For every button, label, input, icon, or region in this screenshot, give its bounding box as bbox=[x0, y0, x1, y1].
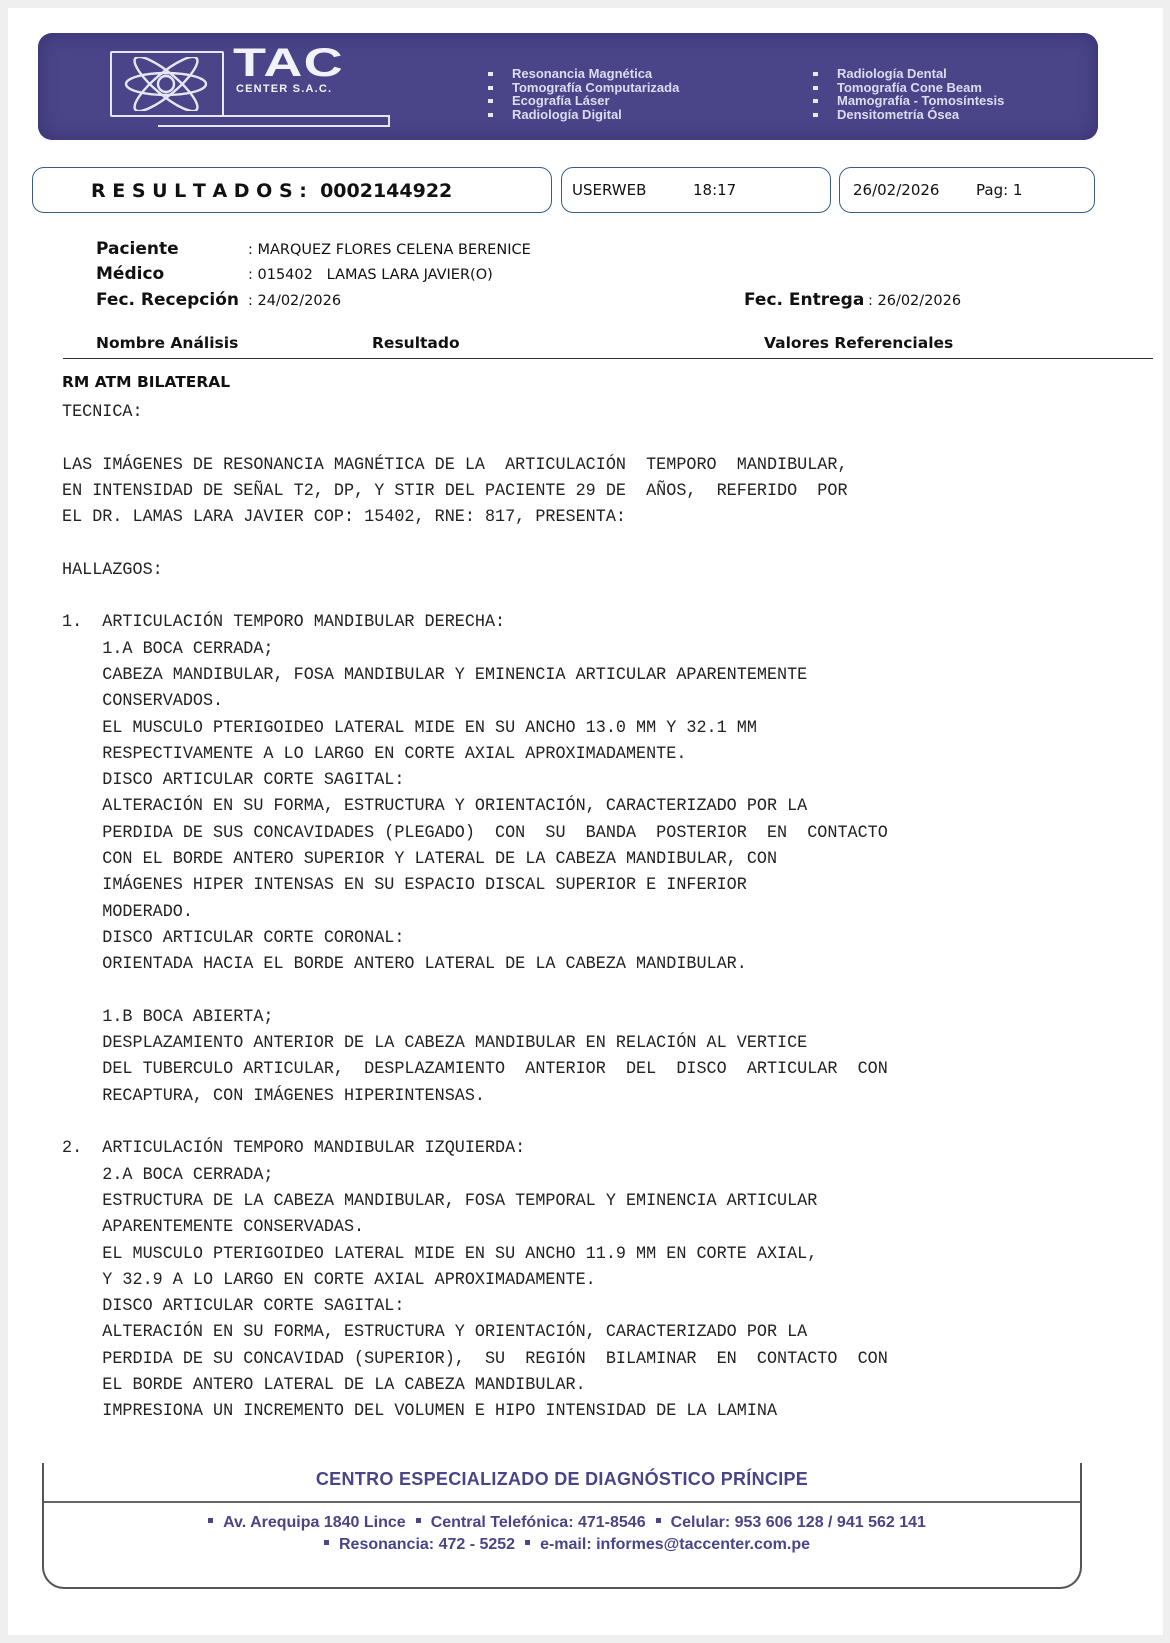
report-line: DISCO ARTICULAR CORTE SAGITAL: bbox=[62, 768, 888, 794]
patient-value: : MARQUEZ FLORES CELENA BERENICE bbox=[248, 242, 531, 258]
reception-date-value: : 24/02/2026 bbox=[248, 293, 341, 309]
report-line bbox=[62, 1110, 888, 1136]
date-page-box: 26/02/2026 Pag: 1 bbox=[839, 167, 1095, 213]
report-line: PERDIDA DE SU CONCAVIDAD (SUPERIOR), SU … bbox=[62, 1347, 888, 1373]
report-line bbox=[62, 531, 888, 557]
report-line: 2. ARTICULACIÓN TEMPORO MANDIBULAR IZQUI… bbox=[62, 1136, 888, 1162]
report-line: MODERADO. bbox=[62, 900, 888, 926]
report-line: RESPECTIVAMENTE A LO LARGO EN CORTE AXIA… bbox=[62, 742, 888, 768]
brand-subtitle: CENTER S.A.C. bbox=[236, 83, 332, 95]
report-line: HALLAZGOS: bbox=[62, 558, 888, 584]
report-line: RECAPTURA, CON IMÁGENES HIPERINTENSAS. bbox=[62, 1084, 888, 1110]
report-line: EL DR. LAMAS LARA JAVIER COP: 15402, RNE… bbox=[62, 505, 888, 531]
report-page: TAC CENTER S.A.C. Resonancia Magnética T… bbox=[8, 8, 1163, 1635]
results-number-box: R E S U L T A D O S : 0002144922 bbox=[32, 167, 552, 213]
services-list-1: Resonancia Magnética Tomografía Computar… bbox=[486, 67, 679, 121]
user-time-box: USERWEB 18:17 bbox=[561, 167, 831, 213]
logo-frame bbox=[110, 51, 224, 117]
report-line: 2.A BOCA CERRADA; bbox=[62, 1163, 888, 1189]
results-title: R E S U L T A D O S : 0002144922 bbox=[91, 180, 452, 202]
header-banner: TAC CENTER S.A.C. Resonancia Magnética T… bbox=[38, 33, 1098, 140]
footer-email: e-mail: informes@taccenter.com.pe bbox=[540, 1536, 810, 1553]
service-item: Radiología Dental bbox=[811, 67, 1004, 81]
report-line: CABEZA MANDIBULAR, FOSA MANDIBULAR Y EMI… bbox=[62, 663, 888, 689]
report-line: Y 32.9 A LO LARGO EN CORTE AXIAL APROXIM… bbox=[62, 1268, 888, 1294]
report-line: ALTERACIÓN EN SU FORMA, ESTRUCTURA Y ORI… bbox=[62, 794, 888, 820]
service-item: Resonancia Magnética bbox=[486, 67, 679, 81]
report-line: CON EL BORDE ANTERO SUPERIOR Y LATERAL D… bbox=[62, 847, 888, 873]
footer-address: Av. Arequipa 1840 Lince bbox=[223, 1514, 406, 1531]
report-line: ESTRUCTURA DE LA CABEZA MANDIBULAR, FOSA… bbox=[62, 1189, 888, 1215]
report-line: DISCO ARTICULAR CORTE CORONAL: bbox=[62, 926, 888, 952]
report-line: EL BORDE ANTERO LATERAL DE LA CABEZA MAN… bbox=[62, 1373, 888, 1399]
delivery-date-label: Fec. Entrega bbox=[744, 290, 864, 310]
service-item: Tomografía Computarizada bbox=[486, 81, 679, 95]
report-line: DISCO ARTICULAR CORTE SAGITAL: bbox=[62, 1294, 888, 1320]
atom-icon bbox=[120, 57, 212, 111]
service-item: Mamografía - Tomosíntesis bbox=[811, 94, 1004, 108]
delivery-date-value: : 26/02/2026 bbox=[868, 293, 961, 309]
column-result: Resultado bbox=[372, 334, 460, 352]
doctor-value: : 015402 LAMAS LARA JAVIER(O) bbox=[248, 267, 493, 283]
report-line: IMPRESIONA UN INCREMENTO DEL VOLUMEN E H… bbox=[62, 1399, 888, 1425]
report-body: TECNICA: LAS IMÁGENES DE RESONANCIA MAGN… bbox=[62, 400, 888, 1426]
doctor-label: Médico bbox=[96, 264, 164, 284]
report-line: TECNICA: bbox=[62, 400, 888, 426]
report-line bbox=[62, 584, 888, 610]
footer: CENTRO ESPECIALIZADO DE DIAGNÓSTICO PRÍN… bbox=[42, 1463, 1082, 1589]
report-line: DESPLAZAMIENTO ANTERIOR DE LA CABEZA MAN… bbox=[62, 1031, 888, 1057]
report-line: EL MUSCULO PTERIGOIDEO LATERAL MIDE EN S… bbox=[62, 1242, 888, 1268]
report-line: PERDIDA DE SUS CONCAVIDADES (PLEGADO) CO… bbox=[62, 821, 888, 847]
footer-divider bbox=[44, 1501, 1080, 1503]
service-item: Ecografía Láser bbox=[486, 94, 679, 108]
report-line bbox=[62, 426, 888, 452]
report-line: APARENTEMENTE CONSERVADAS. bbox=[62, 1215, 888, 1241]
header-divider bbox=[63, 358, 1153, 359]
footer-title: CENTRO ESPECIALIZADO DE DIAGNÓSTICO PRÍN… bbox=[44, 1469, 1080, 1490]
footer-mobile: Celular: 953 606 128 / 941 562 141 bbox=[671, 1514, 926, 1531]
report-line: 1. ARTICULACIÓN TEMPORO MANDIBULAR DEREC… bbox=[62, 610, 888, 636]
service-item: Tomografía Cone Beam bbox=[811, 81, 1004, 95]
report-line: ALTERACIÓN EN SU FORMA, ESTRUCTURA Y ORI… bbox=[62, 1320, 888, 1346]
service-item: Radiología Digital bbox=[486, 108, 679, 122]
page-number: Pag: 1 bbox=[976, 181, 1022, 199]
report-line: EL MUSCULO PTERIGOIDEO LATERAL MIDE EN S… bbox=[62, 716, 888, 742]
print-time: 18:17 bbox=[693, 181, 736, 199]
report-line bbox=[62, 979, 888, 1005]
report-line: DEL TUBERCULO ARTICULAR, DESPLAZAMIENTO … bbox=[62, 1057, 888, 1083]
print-date: 26/02/2026 bbox=[853, 181, 939, 199]
report-line: IMÁGENES HIPER INTENSAS EN SU ESPACIO DI… bbox=[62, 873, 888, 899]
column-analysis-name: Nombre Análisis bbox=[96, 334, 238, 352]
column-reference-values: Valores Referenciales bbox=[764, 334, 953, 352]
report-line: CONSERVADOS. bbox=[62, 689, 888, 715]
reception-date-label: Fec. Recepción bbox=[96, 290, 239, 310]
service-item: Densitometría Ósea bbox=[811, 108, 1004, 122]
patient-label: Paciente bbox=[96, 239, 179, 259]
logo-underline bbox=[158, 115, 390, 127]
report-line: 1.A BOCA CERRADA; bbox=[62, 637, 888, 663]
report-line: EN INTENSIDAD DE SEÑAL T2, DP, Y STIR DE… bbox=[62, 479, 888, 505]
services-list-2: Radiología Dental Tomografía Cone Beam M… bbox=[811, 67, 1004, 121]
brand-name: TAC bbox=[233, 43, 344, 83]
footer-central-phone: Central Telefónica: 471-8546 bbox=[431, 1514, 646, 1531]
report-line: 1.B BOCA ABIERTA; bbox=[62, 1005, 888, 1031]
report-line: LAS IMÁGENES DE RESONANCIA MAGNÉTICA DE … bbox=[62, 453, 888, 479]
footer-resonance-phone: Resonancia: 472 - 5252 bbox=[339, 1536, 515, 1553]
analysis-name: RM ATM BILATERAL bbox=[62, 373, 230, 391]
footer-contact-line-2: Resonancia: 472 - 5252e-mail: informes@t… bbox=[44, 1536, 1080, 1554]
footer-contact-line-1: Av. Arequipa 1840 LinceCentral Telefónic… bbox=[44, 1514, 1080, 1532]
report-line: ORIENTADA HACIA EL BORDE ANTERO LATERAL … bbox=[62, 952, 888, 978]
user-name: USERWEB bbox=[572, 181, 646, 199]
